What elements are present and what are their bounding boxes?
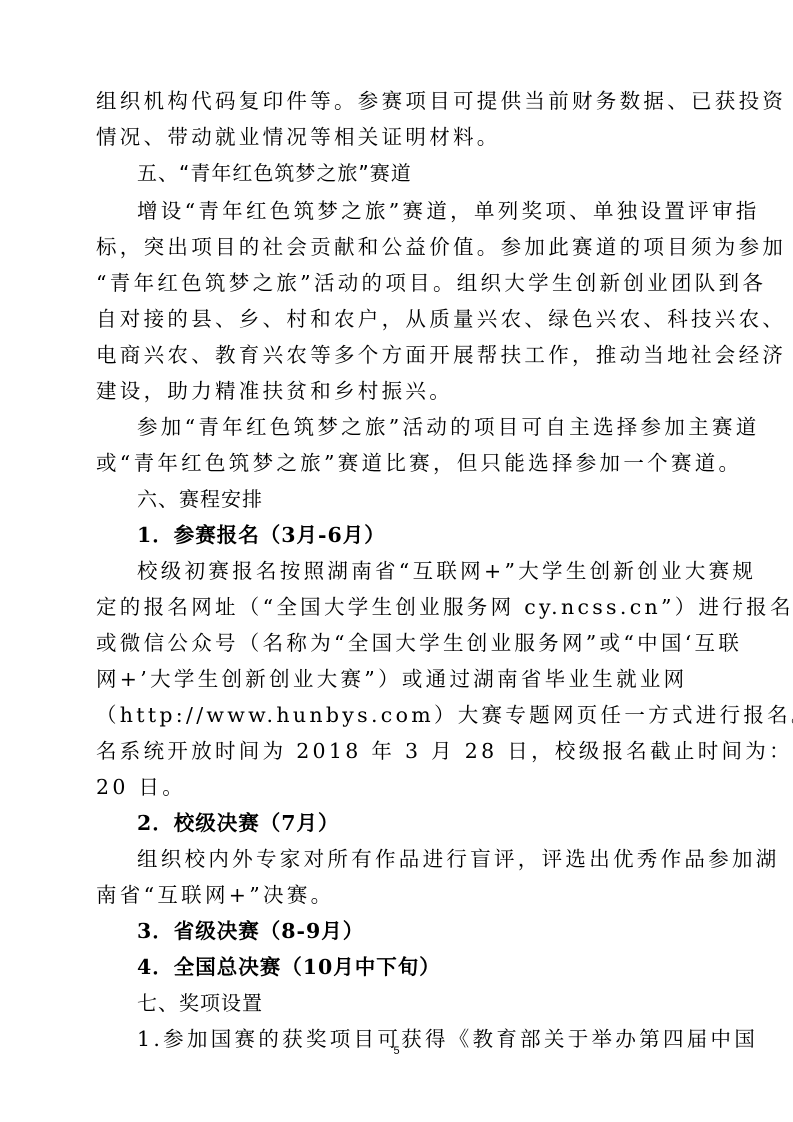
page-number: 5 [0, 1045, 793, 1057]
paragraph-line: 网+’大学生创新创业大赛”）或通过湖南省毕业生就业网 [96, 664, 687, 694]
paragraph-line: “青年红色筑梦之旅”活动的项目。组织大学生创新创业团队到各 [96, 268, 766, 298]
subheading-registration: 1．参赛报名（3月-6月） [137, 520, 386, 550]
paragraph-line: 电商兴农、教育兴农等多个方面开展帮扶工作，推动当地社会经济 [96, 340, 786, 370]
paragraph-line: 建设，助力精准扶贫和乡村振兴。 [96, 376, 453, 406]
subheading-school-final: 2．校级决赛（7月） [137, 808, 340, 838]
section-heading-6: 六、赛程安排 [137, 484, 263, 514]
paragraph-line: 南省“互联网+”决赛。 [96, 880, 334, 910]
section-heading-5: 五、“青年红色筑梦之旅”赛道 [137, 158, 412, 188]
paragraph-line: 自对接的县、乡、村和农户，从质量兴农、绿色兴农、科技兴农、 [96, 304, 786, 334]
paragraph-line: 20 日。 [96, 772, 186, 802]
section-heading-7: 七、奖项设置 [137, 988, 263, 1018]
paragraph-line: 组织机构代码复印件等。参赛项目可提供当前财务数据、已获投资 [96, 86, 786, 116]
paragraph-line: 校级初赛报名按照湖南省“互联网+”大学生创新创业大赛规 [137, 556, 756, 586]
paragraph-line: 参加“青年红色筑梦之旅”活动的项目可自主选择参加主赛道 [137, 412, 760, 442]
paragraph-line: 标，突出项目的社会贡献和公益价值。参加此赛道的项目须为参加 [96, 232, 786, 262]
paragraph-line: 增设“青年红色筑梦之旅”赛道，单列奖项、单独设置评审指 [137, 196, 760, 226]
paragraph-line: （http://www.hunbys.com）大赛专题网页任一方式进行报名。报 [96, 700, 793, 730]
paragraph-line: 或微信公众号（名称为“全国大学生创业服务网”或“中国‘互联 [96, 628, 742, 658]
paragraph-line: 或“青年红色筑梦之旅”赛道比赛，但只能选择参加一个赛道。 [96, 448, 742, 478]
paragraph-line: 组织校内外专家对所有作品进行盲评，评选出优秀作品参加湖 [137, 844, 780, 874]
subheading-national-final: 4．全国总决赛（10月中下旬） [137, 952, 441, 982]
paragraph-line: 名系统开放时间为 2018 年 3 月 28 日，校级报名截止时间为：6 月 [96, 736, 793, 766]
paragraph-line: 定的报名网址（“全国大学生创业服务网 cy.ncss.cn”）进行报名， [96, 592, 793, 622]
subheading-provincial-final: 3．省级决赛（8-9月） [137, 916, 364, 946]
paragraph-line: 情况、带动就业情况等相关证明材料。 [96, 122, 501, 152]
